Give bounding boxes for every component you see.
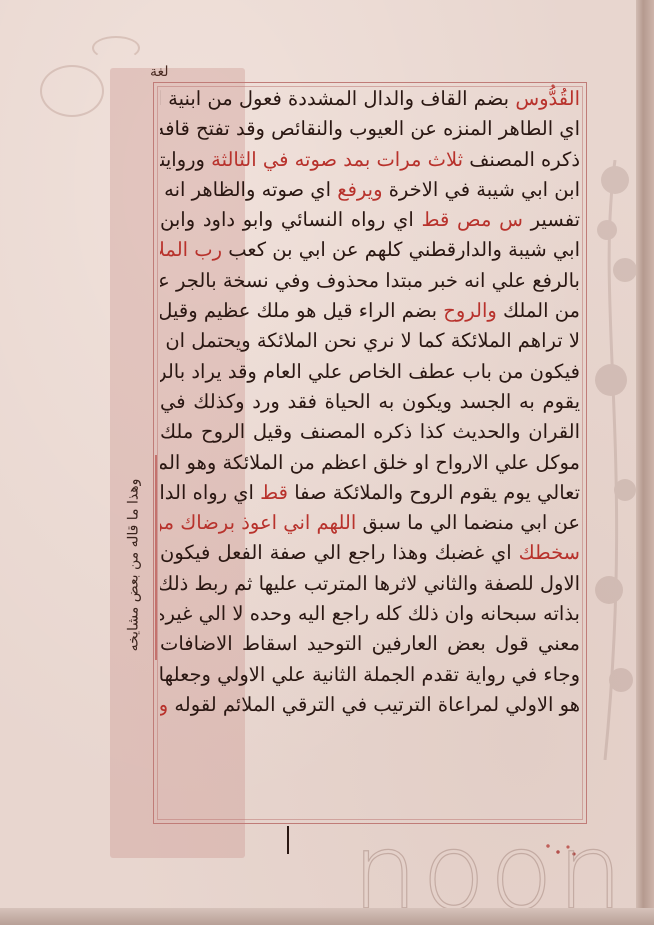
body-text: بذاته سبحانه وان ذلك كله راجع اليه وحده …: [160, 602, 580, 625]
text-line: لا تراهم الملائكة كما لا نري نحن الملائك…: [160, 326, 580, 356]
text-line: الاول للصفة والثاني لاثرها المترتب عليها…: [160, 569, 580, 599]
margin-note-text: وهذا ما قاله من بعض مشايخه: [125, 479, 141, 652]
body-text: وجاء في رواية تقدم الجملة الثانية علي ال…: [160, 663, 580, 686]
body-text: هو الاولي لمراعاة الترتيب في الترقي المل…: [168, 693, 580, 716]
body-text: اي صوته والظاهر انه عطف: [160, 178, 337, 201]
rubric-text: ثلاث مرات بمد صوته في الثالثة: [211, 148, 463, 171]
text-line: عن ابي منضما الي ما سبق اللهم اني اعوذ ب…: [160, 508, 580, 538]
body-text: تفسير: [523, 208, 580, 231]
header-note: لغة: [150, 64, 169, 80]
body-text: موكل علي الارواح او خلق اعظم من الملائكة…: [160, 451, 580, 474]
manuscript-page: لغة القُدُّوس بضم القاف والدال المشددة ف…: [0, 0, 654, 925]
body-text: القران والحديث كذا ذكره المصنف وقيل الرو…: [160, 420, 580, 443]
rubric-text: س مص قط: [421, 208, 522, 231]
text-line: فيكون من باب عطف الخاص علي العام وقد يرا…: [160, 357, 580, 387]
body-text: معني قول بعض العارفين التوحيد اسقاط الاض…: [160, 632, 580, 655]
text-line: اي الطاهر المنزه عن العيوب والنقائص وقد …: [160, 114, 580, 144]
text-line: القران والحديث كذا ذكره المصنف وقيل الرو…: [160, 417, 580, 447]
body-text: ابن ابي شيبة في الاخرة: [383, 178, 581, 201]
text-line: وجاء في رواية تقدم الجملة الثانية علي ال…: [160, 660, 580, 690]
body-text: اي الطاهر المنزه عن العيوب والنقائص وقد …: [160, 117, 580, 140]
text-line: بالرفع علي انه خبر مبتدا محذوف وفي نسخة …: [160, 266, 580, 296]
text-line: بذاته سبحانه وان ذلك كله راجع اليه وحده …: [160, 599, 580, 629]
body-text: اي غضبك وهذا راجع الي صفة الفعل فيكون: [160, 541, 519, 564]
rubric-text: والروح: [443, 299, 497, 322]
catchword-stroke: [287, 826, 289, 854]
stain-mark: [92, 36, 140, 60]
body-text: وروايته: [160, 148, 211, 171]
rubric-text: واعوذ بك: [160, 693, 168, 716]
text-line: ابي شيبة والدارقطني كلهم عن ابي بن كعب ر…: [160, 235, 580, 265]
text-line: سخطك اي غضبك وهذا راجع الي صفة الفعل فيك…: [160, 538, 580, 568]
text-line: ابن ابي شيبة في الاخرة ويرفع اي صوته وال…: [160, 175, 580, 205]
body-text: يقوم به الجسد ويكون به الحياة فقد ورد وك…: [160, 390, 580, 413]
text-line: هو الاولي لمراعاة الترتيب في الترقي المل…: [160, 690, 580, 720]
body-text: ابي شيبة والدارقطني كلهم عن ابي بن كعب: [222, 238, 580, 261]
text-line: ذكره المصنف ثلاث مرات بمد صوته في الثالث…: [160, 145, 580, 175]
body-text: ذكره المصنف: [463, 148, 580, 171]
body-text: بالرفع علي انه خبر مبتدا محذوف وفي نسخة …: [160, 269, 580, 292]
text-line: تعالي يوم يقوم الروح والملائكة صفا قط اي…: [160, 478, 580, 508]
manuscript-text-block: القُدُّوس بضم القاف والدال المشددة فعول …: [160, 84, 580, 720]
text-line: يقوم به الجسد ويكون به الحياة فقد ورد وك…: [160, 387, 580, 417]
body-text: اي رواه النسائي وابو داود وابن: [160, 208, 421, 231]
body-text: اي رواه الدارقطني: [160, 481, 260, 504]
rubric-text: قط: [260, 481, 288, 504]
body-text: عن ابي منضما الي ما سبق: [356, 511, 580, 534]
body-text: من الملك: [497, 299, 580, 322]
page-edge-bottom: [0, 908, 654, 925]
text-line: من الملك والروح بضم الراء قيل هو ملك عظي…: [160, 296, 580, 326]
margin-note: وهذا ما قاله من بعض مشايخه: [118, 450, 148, 680]
rubric-text: رب الملائكة: [160, 238, 222, 261]
body-text: الاول للصفة والثاني لاثرها المترتب عليها…: [160, 572, 580, 595]
rubric-text: اللهم اني اعوذ برضاك من: [160, 511, 356, 534]
text-line: موكل علي الارواح او خلق اعظم من الملائكة…: [160, 448, 580, 478]
body-text: بضم الراء قيل هو ملك عظيم وقيل خلق: [160, 299, 443, 322]
text-line: معني قول بعض العارفين التوحيد اسقاط الاض…: [160, 629, 580, 659]
body-text: بضم القاف والدال المشددة فعول من ابنية ا…: [160, 87, 515, 110]
rubric-text: القُدُّوس: [515, 87, 580, 110]
body-text: فيكون من باب عطف الخاص علي العام وقد يرا…: [160, 360, 580, 383]
page-edge-right: [636, 0, 654, 925]
rubric-text: سخطك: [519, 541, 580, 564]
rubric-text: ويرفع: [337, 178, 382, 201]
text-line: القُدُّوس بضم القاف والدال المشددة فعول …: [160, 84, 580, 114]
body-text: لا تراهم الملائكة كما لا نري نحن الملائك…: [160, 329, 580, 352]
body-text: تعالي يوم يقوم الروح والملائكة صفا: [288, 481, 580, 504]
margin-rule: [155, 455, 157, 660]
text-line: تفسير س مص قط اي رواه النسائي وابو داود …: [160, 205, 580, 235]
stain-mark: [40, 65, 104, 117]
